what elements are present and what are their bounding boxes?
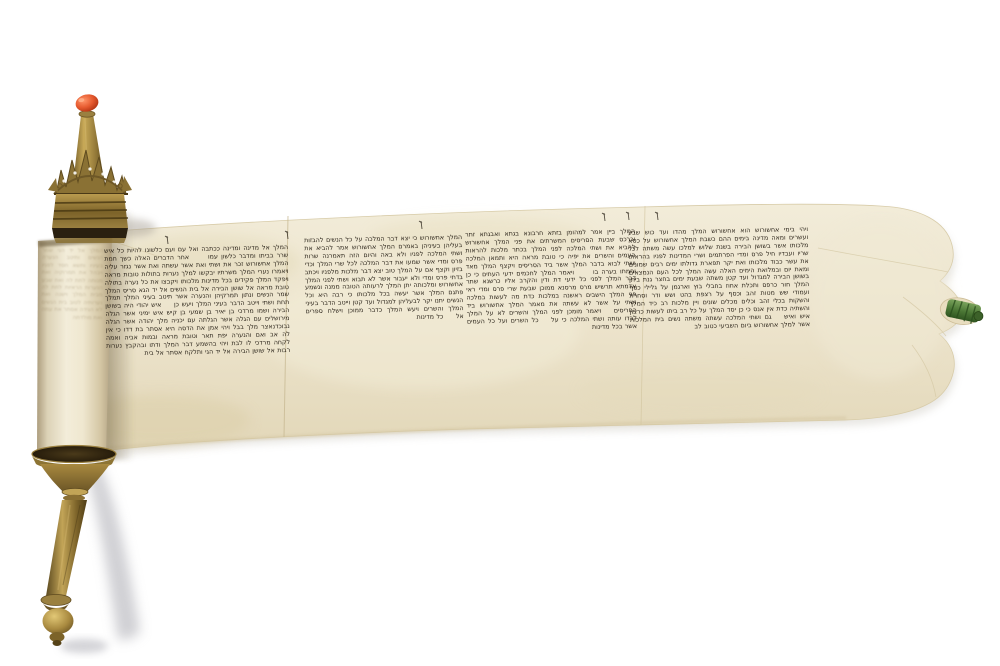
roller-finial: [48, 92, 132, 243]
finial-cup: [79, 111, 95, 117]
handle-plate: [32, 446, 116, 463]
text-column-2: המלך אחשורוש כי יצא דבר המלכה על כל הנשי…: [304, 234, 466, 413]
roller-band: [52, 194, 128, 243]
text-column-3: המלך ביין אמר למהומן בזתא חרבונא בגתא וא…: [465, 228, 639, 410]
coral-bead: [74, 92, 100, 113]
handle-stem: [46, 500, 87, 596]
text-column-4: ויהי בימי אחשורוש הוא אחשורוש המלך מהדו …: [628, 226, 812, 402]
photograph-scene: המלך אל יד הגי שמר הנשים ותיטב הנערה בעי…: [0, 0, 1000, 666]
handle-ball: [43, 608, 74, 634]
text-column-1: המלך אל מדינה ומדינה ככתבה ואל עם ועם כל…: [104, 244, 292, 424]
roll-ghost-text: המלך אל יד הגי שמר הנשים ותיטב הנערה בעי…: [40, 248, 103, 449]
